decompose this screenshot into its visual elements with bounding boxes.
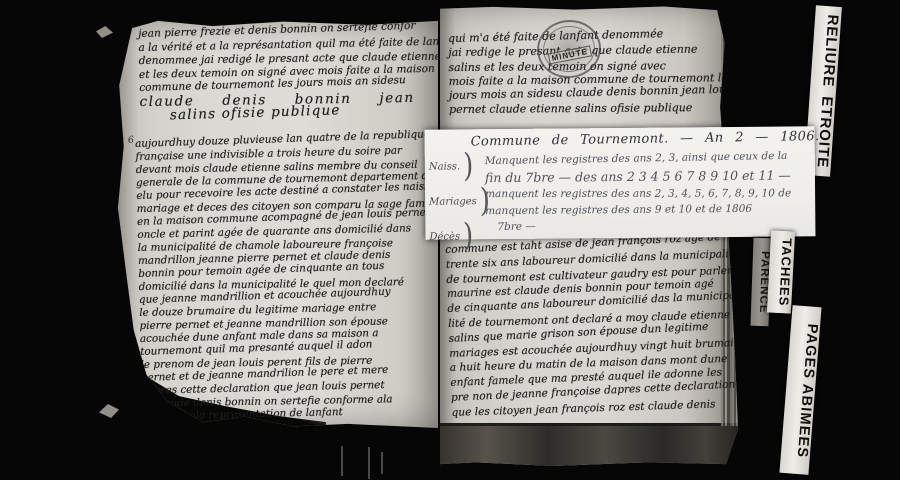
film-scratch (341, 446, 343, 476)
damaged-pages-annotation-strip: PAGES ABIMEES (779, 305, 821, 475)
page-tear-speck (96, 26, 113, 38)
handwriting-line: pernet claude etienne salins ofisie publ… (449, 101, 735, 118)
slip-margin-label: Décès (429, 221, 485, 251)
left-manuscript-page: jean pierre frezie et denis bonnin on se… (116, 20, 438, 428)
slip-margin-label: Mariages (429, 186, 485, 216)
archivist-note-slip: Commune de Tournemont. — An 2 — 1806. Na… (425, 126, 816, 239)
right-page-birth-act-text: commune est taht asise de jean françois … (445, 231, 763, 420)
act-number-margin-note: N° 6 (111, 135, 134, 149)
left-page-birth-act-text: aujourdhuy douze pluvieuse lan quatre de… (135, 130, 465, 424)
page-tear-speck (99, 404, 119, 418)
slip-note-text: Manquent les registres des ans 2, 3, ain… (485, 150, 812, 235)
slip-title: Commune de Tournemont. — An 2 — 1806. (471, 129, 811, 149)
film-scratch (368, 447, 370, 479)
slip-margin-labels: Naiss.MariagesDécès (429, 151, 486, 251)
slip-margin-label: Naiss. (429, 151, 485, 181)
handwriting-line: manquent les registres des ans 2, 3, 4, … (485, 185, 811, 202)
stamp-label: MINUTE (548, 46, 592, 65)
microfilm-frame: { "background_color": "#060606", "left_p… (0, 0, 900, 480)
handwriting-line: fin du 7bre — des ans 2 3 4 5 6 7 8 9 10… (485, 167, 811, 186)
left-page-closing-text: jean pierre frezie et denis bonnin on se… (138, 21, 491, 123)
stains-annotation-strip: TACHEES (767, 230, 795, 313)
film-scratch (381, 452, 383, 474)
